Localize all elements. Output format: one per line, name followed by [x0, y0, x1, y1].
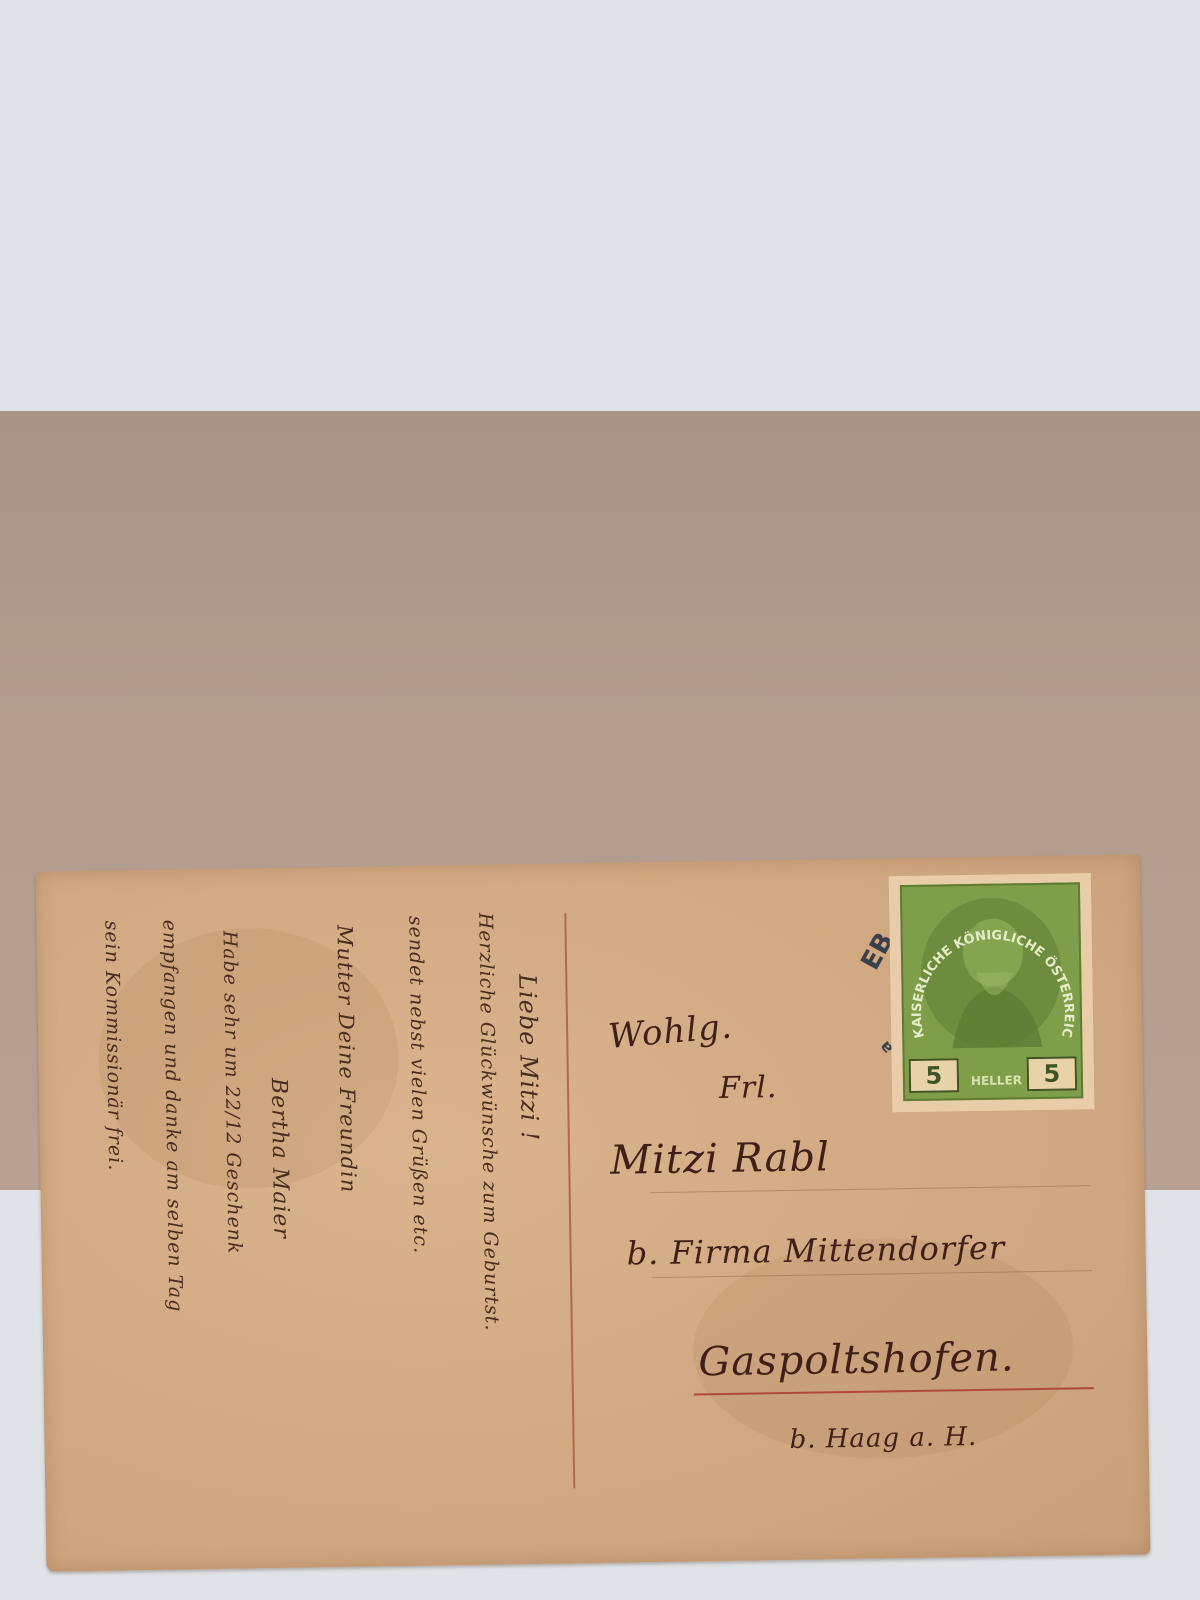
- message-line: sein Kommissionär frei.: [100, 920, 126, 1171]
- message-signature: Bertha Maier: [266, 1078, 294, 1239]
- postcard: Liebe Mitzi ! Herzliche Glückwünsche zum…: [36, 854, 1151, 1571]
- stamp-face: KAISERLICHE KÖNIGLICHE ÖSTERREICHISCHE P…: [900, 882, 1083, 1101]
- message-greeting: Liebe Mitzi !: [513, 974, 544, 1142]
- stamp-value-right: 5: [1027, 1056, 1078, 1091]
- address-salutation: Wohlg.: [607, 1007, 734, 1057]
- postage-stamp: KAISERLICHE KÖNIGLICHE ÖSTERREICHISCHE P…: [889, 873, 1095, 1112]
- svg-text:KAISERLICHE KÖNIGLICHE ÖSTERRE: KAISERLICHE KÖNIGLICHE ÖSTERREICHISCHE P…: [902, 884, 1077, 1041]
- address-rule: [651, 1185, 1091, 1193]
- stamp-value-left: 5: [909, 1058, 960, 1093]
- address-name: Mitzi Rabl: [610, 1134, 830, 1183]
- address-town: Gaspoltshofen.: [698, 1334, 1015, 1385]
- address-company: b. Firma Mittendorfer: [626, 1229, 1005, 1273]
- stamp-currency: HELLER: [971, 1073, 1015, 1088]
- message-line: Herzliche Glückwünsche zum Geburtst.: [474, 912, 503, 1331]
- address-title: Frl.: [719, 1070, 778, 1106]
- message-line: empfangen und danke am selben Tag: [158, 919, 186, 1312]
- message-line: sendet nebst vielen Grüßen etc.: [404, 916, 431, 1255]
- divider-line: [564, 913, 575, 1488]
- stamp-inscription: KAISERLICHE KÖNIGLICHE ÖSTERREICHISCHE P…: [902, 884, 1081, 1067]
- message-line: Habe sehr um 22/12 Geschenk: [219, 931, 246, 1255]
- address-region: b. Haag a. H.: [789, 1422, 977, 1455]
- message-area: Liebe Mitzi ! Herzliche Glückwünsche zum…: [56, 904, 556, 1522]
- photo-backdrop: Liebe Mitzi ! Herzliche Glückwünsche zum…: [0, 411, 1200, 1190]
- message-line: Mutter Deine Freundin: [332, 925, 360, 1194]
